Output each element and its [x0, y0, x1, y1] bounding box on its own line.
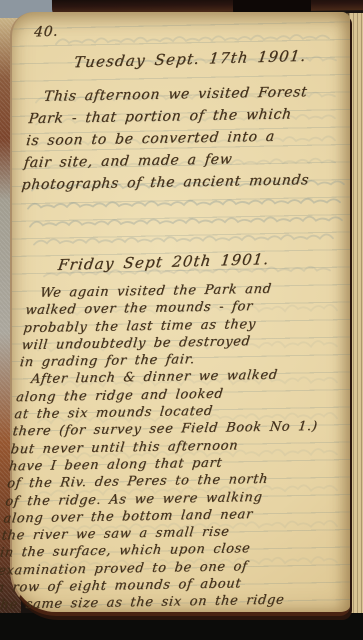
entry-body: This afternoon we visited ForestPark - t…	[20, 81, 344, 197]
cover-bottom-edge	[0, 613, 363, 640]
entry-body: We again visited the Park andwalked over…	[0, 279, 350, 614]
diary-photo: 40. Tuesday Sept. 17th 1901. This aftern…	[0, 0, 363, 640]
paragraph: This afternoon we visited ForestPark - t…	[20, 81, 344, 197]
page-number: 40.	[33, 24, 58, 41]
paragraph: After lunch & dinner we walkedalong the …	[0, 366, 341, 614]
journal-page: 40. Tuesday Sept. 17th 1901. This aftern…	[10, 12, 350, 616]
paragraph: We again visited the Park andwalked over…	[19, 279, 350, 371]
